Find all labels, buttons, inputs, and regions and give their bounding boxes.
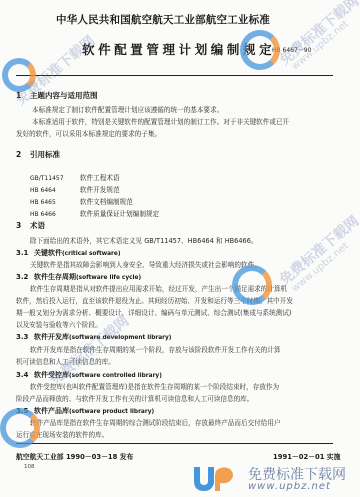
term-heading: 3.4软件受控库(software controlled library) [16, 370, 162, 380]
term-definition: 以及安装与验收等六个阶段。 [16, 320, 102, 331]
term-heading: 3.1关键软件(critical software) [16, 248, 120, 258]
term-definition: 软件受控库(也叫软件配置管理库)是指在软件生存周期的某一个阶段结束时，存放作为 [30, 382, 279, 393]
section-3-intro: 除下面给出的术语外，其它术语定义见 GB/T11457、HB6464 和 HB6… [30, 236, 258, 247]
reference-item: HB 6466软件质量保证计划编制规定 [30, 201, 159, 220]
section-3-heading: 3术语 [16, 220, 45, 231]
section-2-heading: 2引用标准 [16, 149, 60, 160]
page-number: 108 [24, 464, 35, 470]
document-page: 中华人民共和国航空航天工业部航空工业标准 软件配置管理计划编制规定 HB 646… [0, 0, 360, 497]
issue-date: 航空航天工业部 1990－03－18 发布 [16, 451, 133, 461]
watermark-logo-icon [0, 408, 40, 448]
reference-title: 软件质量保证计划编制规定 [80, 210, 159, 218]
section-1-paragraph: 本标准规定了制订软件配置管理计划应该遵循的统一的基本要求。 [32, 105, 223, 116]
issuing-organization: 中华人民共和国航空航天工业部航空工业标准 [56, 12, 270, 27]
term-definition: 关键软件是指其故障会影响到人身安全、导致重大经济损失或社会影响的软件。 [30, 260, 261, 271]
watermark-logo-icon [240, 30, 280, 70]
watermark-text: 免费标准下载网 [275, 0, 360, 69]
brand-site-url[interactable]: www.upbz.net [248, 481, 331, 492]
effective-date: 1991－02－01 实施 [273, 451, 340, 461]
term-definition: 软件产品库是指在软件生存周期的综合测试阶段结束后，存放最终产品而后交付给用户 [30, 418, 281, 429]
reference-code: HB 6466 [30, 211, 80, 218]
section-1-paragraph: 发好的软件，可以采用本标准规定的要求的子集。 [16, 129, 161, 140]
term-heading: 3.5软件产品库(software product library) [16, 406, 154, 416]
term-heading: 3.2软件生存周期(software life cycle) [16, 272, 141, 282]
upbz-logo-icon [192, 465, 236, 493]
footer-divider [16, 443, 333, 444]
term-definition: 阶段产品而释放的、与软件开发工作有关的计算机可读信息和人工可读信息的库。 [16, 394, 253, 405]
term-definition: 期一般又划分为需求分析、概要设计、详细设计、编码与单元测试、综合测试(集成与系统… [16, 308, 292, 319]
section-1-paragraph: 本标准适用于软件，特别是关键软件的配置管理计划的制订工作。对于非关键软件或已开 [32, 117, 289, 128]
watermark-logo-icon [232, 265, 272, 305]
